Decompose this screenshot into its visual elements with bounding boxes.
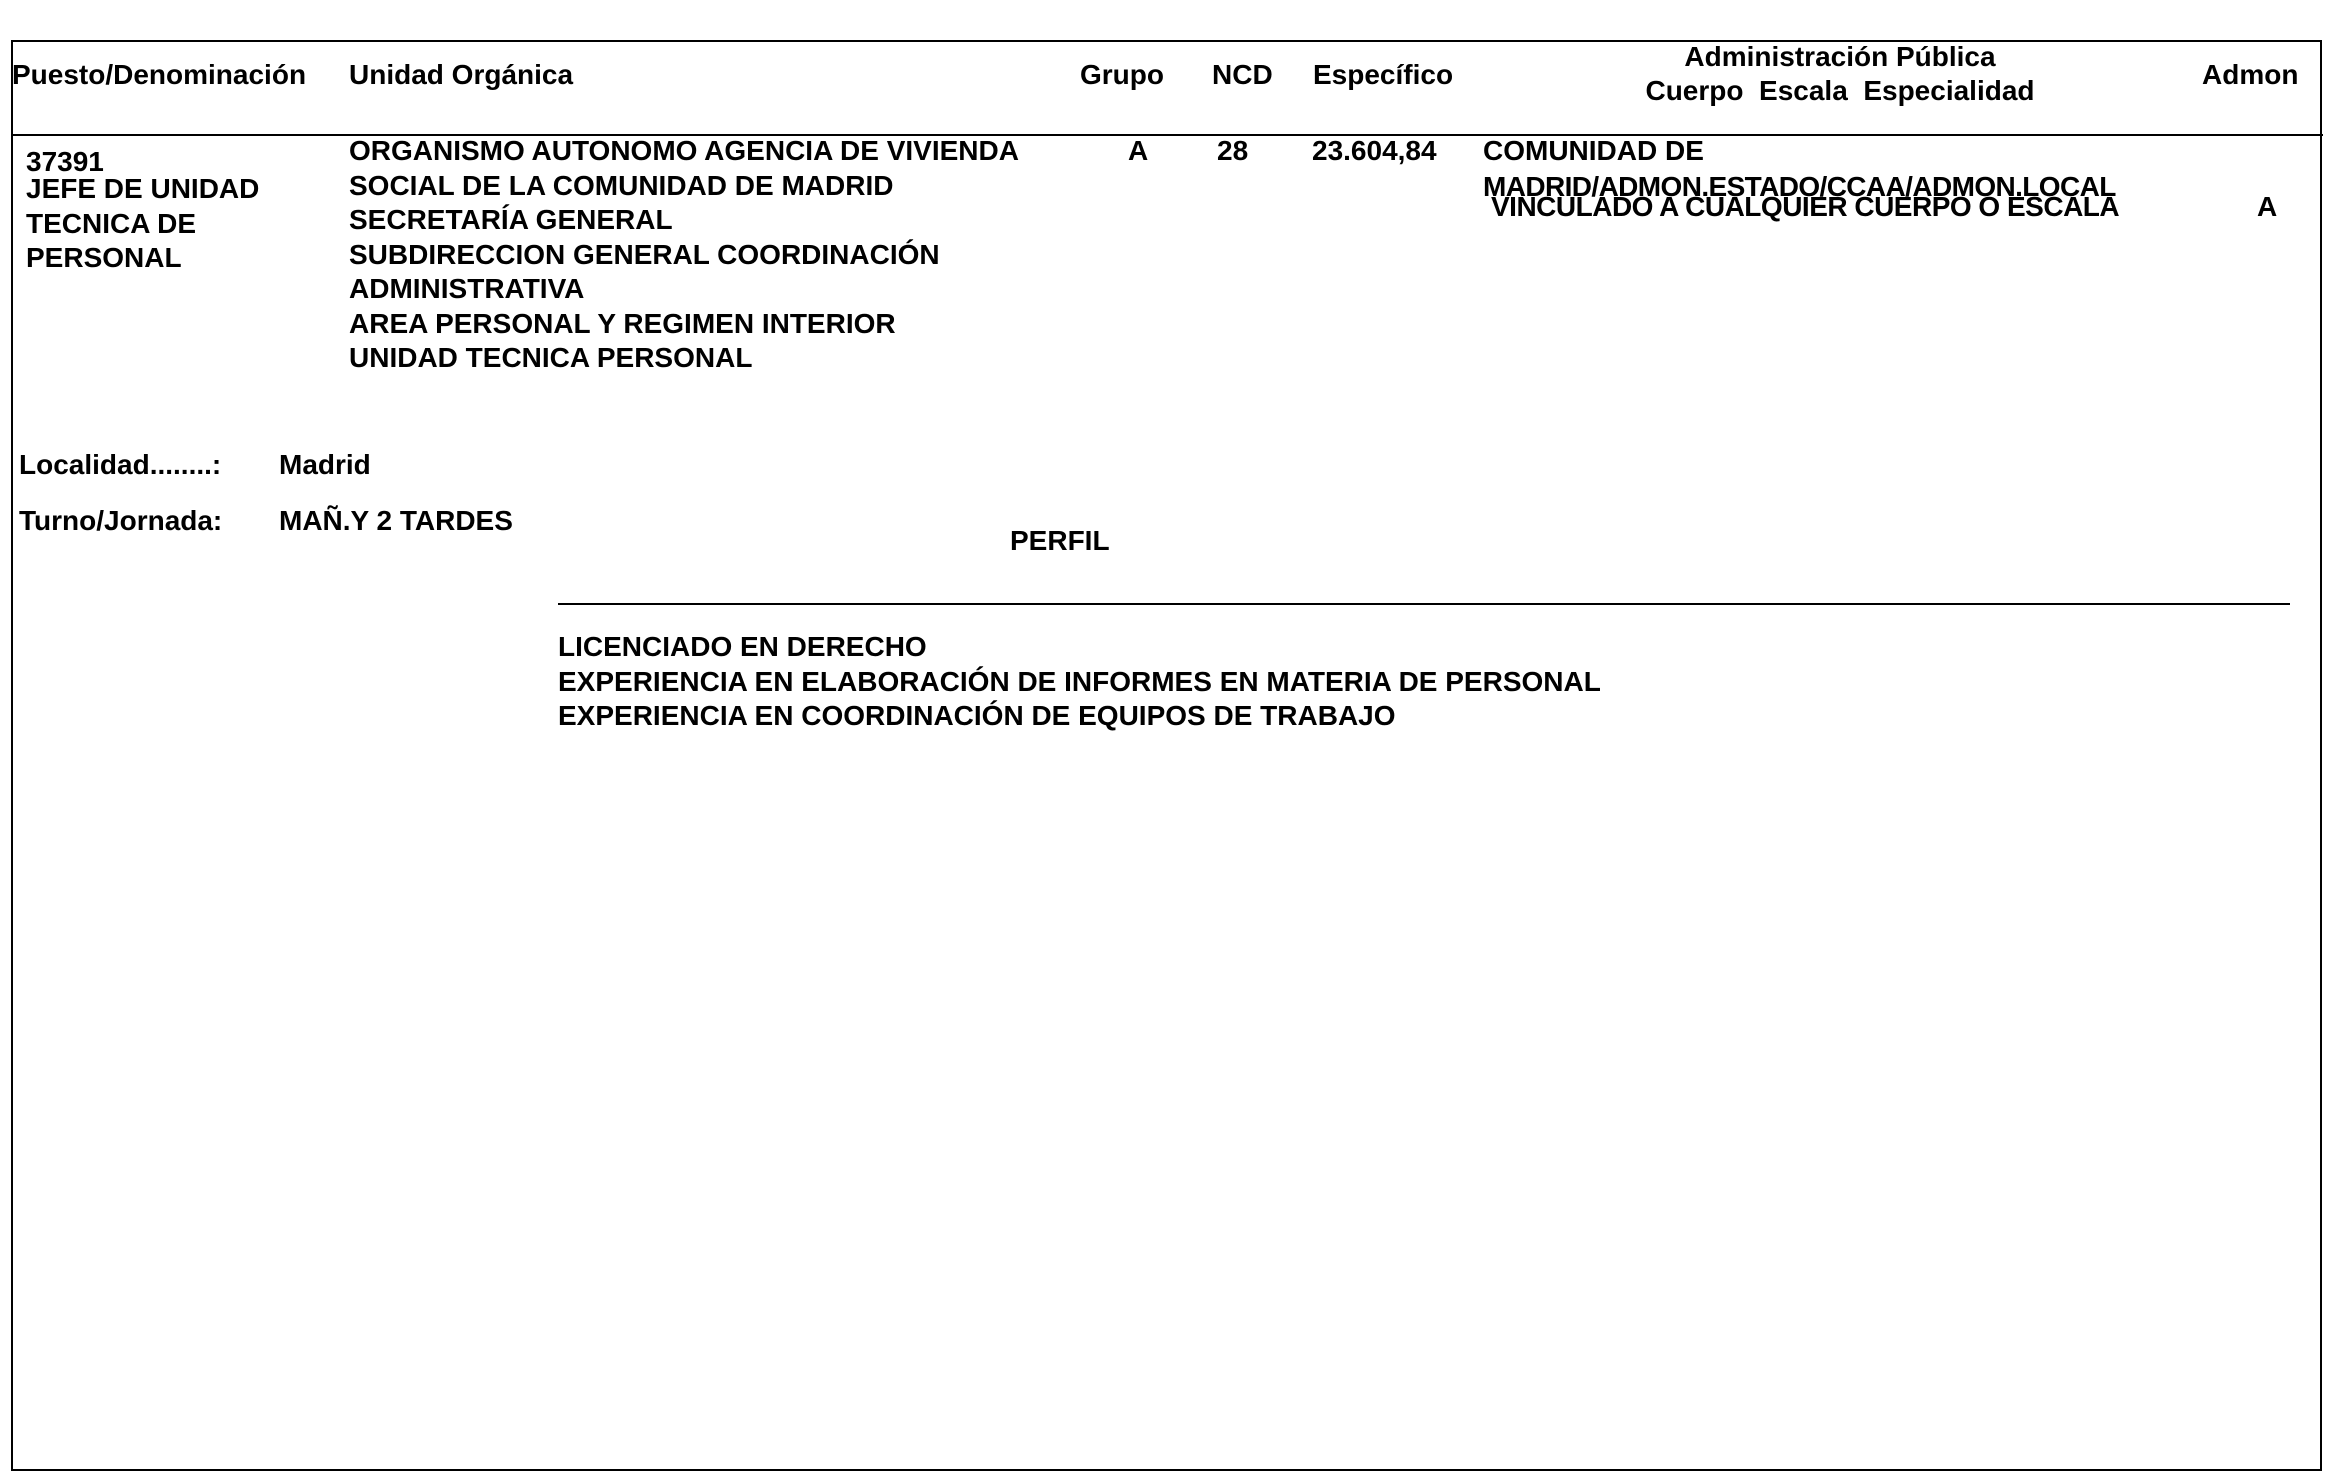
puesto-denominacion: JEFE DE UNIDAD TECNICA DE PERSONAL: [26, 172, 259, 276]
header-administracion-publica: Administración Pública: [1590, 40, 2090, 74]
unidad-line: ORGANISMO AUTONOMO AGENCIA DE VIVIENDA: [349, 134, 1019, 169]
header-admon: Admon: [2202, 58, 2298, 92]
perfil-item: EXPERIENCIA EN ELABORACIÓN DE INFORMES E…: [558, 665, 1601, 700]
denominacion-line: TECNICA DE: [26, 207, 259, 242]
record-admon: A: [2257, 190, 2277, 224]
unidad-line: SUBDIRECCION GENERAL COORDINACIÓN: [349, 238, 1019, 273]
perfil-item: EXPERIENCIA EN COORDINACIÓN DE EQUIPOS D…: [558, 699, 1601, 734]
denominacion-line: JEFE DE UNIDAD: [26, 172, 259, 207]
denominacion-line: PERSONAL: [26, 241, 259, 276]
unidad-line: AREA PERSONAL Y REGIMEN INTERIOR: [349, 307, 1019, 342]
unidad-line: ADMINISTRATIVA: [349, 272, 1019, 307]
unidad-organica: ORGANISMO AUTONOMO AGENCIA DE VIVIENDA S…: [349, 134, 1019, 376]
header-cuerpo-escala-especialidad: Cuerpo Escala Especialidad: [1590, 74, 2090, 108]
header-especifico: Específico: [1313, 58, 1453, 92]
unidad-line: SOCIAL DE LA COMUNIDAD DE MADRID: [349, 169, 1019, 204]
record-grupo: A: [1128, 134, 1148, 168]
perfil-divider: [558, 603, 2290, 605]
header-unidad-organica: Unidad Orgánica: [349, 58, 573, 92]
perfil-title: PERFIL: [1010, 524, 1110, 558]
record-cuerpo-escala: VINCULADO A CUALQUIER CUERPO O ESCALA: [1491, 190, 2119, 224]
record-administracion-publica-line1: COMUNIDAD DE: [1483, 134, 1704, 168]
header-puesto: Puesto/Denominación: [12, 58, 306, 92]
turno-label: Turno/Jornada:: [19, 504, 222, 538]
perfil-item: LICENCIADO EN DERECHO: [558, 630, 1601, 665]
localidad-value: Madrid: [279, 448, 371, 482]
localidad-label: Localidad........:: [19, 448, 221, 482]
record-especifico: 23.604,84: [1312, 134, 1437, 168]
header-ncd: NCD: [1212, 58, 1273, 92]
perfil-items: LICENCIADO EN DERECHO EXPERIENCIA EN ELA…: [558, 630, 1601, 734]
record-ncd: 28: [1217, 134, 1248, 168]
turno-value: MAÑ.Y 2 TARDES: [279, 504, 513, 538]
unidad-line: SECRETARÍA GENERAL: [349, 203, 1019, 238]
header-grupo: Grupo: [1080, 58, 1164, 92]
unidad-line: UNIDAD TECNICA PERSONAL: [349, 341, 1019, 376]
